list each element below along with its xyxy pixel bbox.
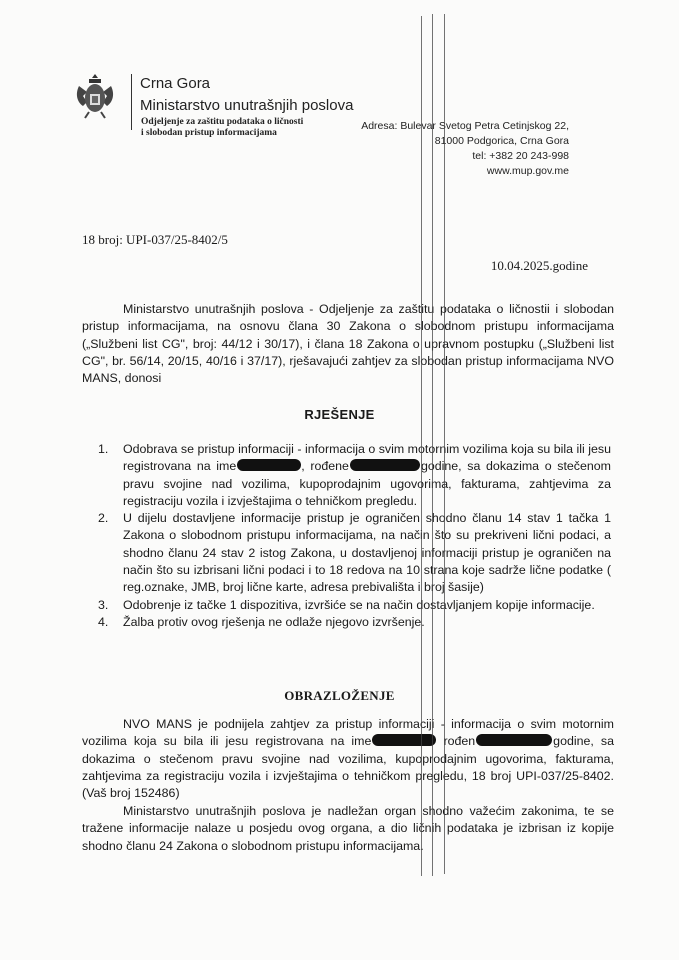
decision-list: 1. Odobrava se pristup informaciji - inf… <box>98 441 611 631</box>
item-text: U dijelu dostavljene informacije pristup… <box>123 511 611 594</box>
decision-item-4: 4. Žalba protiv ovog rješenja ne odlaže … <box>98 614 611 631</box>
intro-text: Ministarstvo unutrašnjih poslova - Odjel… <box>82 302 614 385</box>
contact-block: Adresa: Bulevar Svetog Petra Cetinjskog … <box>361 119 569 179</box>
reasoning-paragraph-1: NVO MANS je podnijela zahtjev za pristup… <box>82 716 614 802</box>
scan-artifact-line <box>432 14 433 876</box>
redacted-name <box>237 459 301 471</box>
reference-number: 18 broj: UPI-037/25-8402/5 <box>82 232 228 248</box>
header-divider <box>131 74 132 130</box>
item-number: 1. <box>98 441 108 458</box>
item-text: , rođene <box>301 459 349 473</box>
reasoning-text: rođen <box>443 734 475 748</box>
department-line-1: Odjeljenje za zaštitu podataka o ličnost… <box>141 117 303 128</box>
decision-item-3: 3. Odobrenje iz tačke 1 dispozitiva, izv… <box>98 597 611 614</box>
department-name: Odjeljenje za zaštitu podataka o ličnost… <box>141 117 303 139</box>
decision-item-2: 2. U dijelu dostavljene informacije pris… <box>98 510 611 596</box>
website: www.mup.gov.me <box>361 164 569 179</box>
department-line-2: i slobodan pristup informacijama <box>141 128 303 139</box>
redacted-birth-date <box>350 459 420 471</box>
item-number: 4. <box>98 614 108 631</box>
address-line-1: Adresa: Bulevar Svetog Petra Cetinjskog … <box>361 119 569 134</box>
scan-artifact-line <box>421 16 422 876</box>
ministry-name: Ministarstvo unutrašnjih poslova <box>140 97 353 114</box>
scanned-document-page: Crna Gora Ministarstvo unutrašnjih poslo… <box>0 0 679 960</box>
item-number: 2. <box>98 510 108 527</box>
item-number: 3. <box>98 597 108 614</box>
document-date: 10.04.2025.godine <box>491 258 588 274</box>
item-text: Žalba protiv ovog rješenja ne odlaže nje… <box>123 615 425 629</box>
intro-paragraph: Ministarstvo unutrašnjih poslova - Odjel… <box>82 301 614 387</box>
reasoning-title: OBRAZLOŽENJE <box>0 688 679 704</box>
coat-of-arms-icon <box>75 72 115 120</box>
item-text: Odobrenje iz tačke 1 dispozitiva, izvrši… <box>123 598 595 612</box>
decision-title: RJEŠENJE <box>0 407 679 422</box>
address-line-2: 81000 Podgorica, Crna Gora <box>361 134 569 149</box>
reasoning-text: Ministarstvo unutrašnjih poslova je nadl… <box>82 804 614 853</box>
decision-item-1: 1. Odobrava se pristup informaciji - inf… <box>98 441 611 510</box>
phone: tel: +382 20 243-998 <box>361 149 569 164</box>
redacted-name <box>372 734 436 746</box>
country-name: Crna Gora <box>140 75 210 92</box>
redacted-birth-date <box>476 734 552 746</box>
reasoning-paragraph-2: Ministarstvo unutrašnjih poslova je nadl… <box>82 803 614 855</box>
scan-artifact-line <box>444 14 445 874</box>
